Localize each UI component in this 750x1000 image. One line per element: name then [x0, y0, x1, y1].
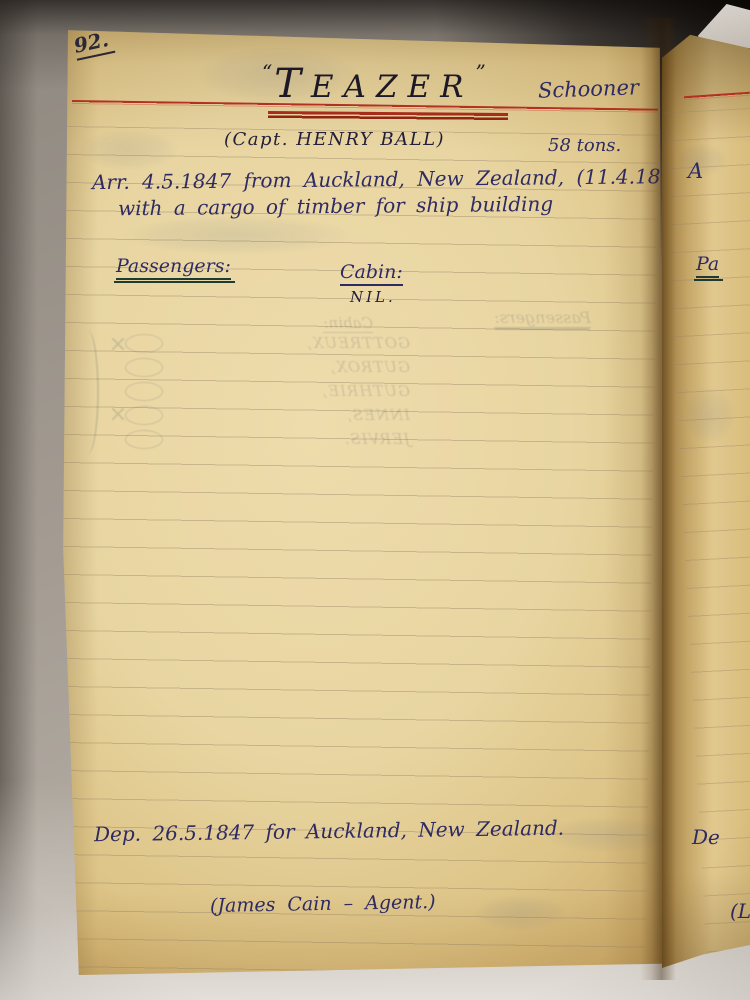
ship-title-red-underline [268, 111, 508, 121]
bleed-name: GOTTREUX, [310, 334, 410, 352]
bleed-x-mark [112, 338, 124, 350]
red-header-rule [684, 92, 750, 101]
bleed-circled-mark [125, 358, 163, 377]
ledger-right-page: A Pa De (L [662, 10, 750, 968]
right-page-agent-partial: (L [730, 900, 750, 922]
right-page-departure-partial: De [692, 826, 720, 848]
tonnage: 58 tons. [548, 136, 621, 156]
right-page-arrival-partial: A [688, 160, 703, 183]
bleed-name: JERVIS. [310, 430, 410, 448]
bleed-name: INNES, [310, 406, 410, 424]
close-quote: ” [475, 60, 485, 84]
agent-line: (James Cain – Agent.) [210, 892, 436, 917]
bleed-name: GUTROX, [310, 358, 410, 376]
bleed-x-mark [112, 408, 124, 420]
bleed-circled-mark [125, 406, 163, 425]
bleed-through-block: Passengers: Cabin: GOTTREUX, GUTROX, GUT… [72, 308, 632, 478]
vessel-type: Schooner [538, 76, 640, 103]
bleed-circled-mark [125, 334, 163, 353]
bleed-cabin-heading: Cabin: [323, 314, 373, 333]
ledger-left-page: 92. “TEAZER” Schooner (Capt. HENRY BALL)… [62, 26, 664, 976]
right-page-passengers-partial: Pa [696, 254, 719, 275]
bleed-name: GUTHRIE, [310, 382, 410, 400]
bleed-brace-mark [83, 330, 99, 454]
ship-name: TEAZER [272, 61, 475, 107]
bleed-passengers-heading: Passengers: [494, 308, 591, 328]
cabin-heading-text: Cabin: [340, 261, 403, 286]
ship-title: “TEAZER” [262, 60, 486, 107]
cabin-heading: Cabin: [340, 262, 403, 283]
right-page-passengers-text: Pa [696, 253, 719, 278]
cabin-value: NIL. [350, 289, 396, 306]
bleed-circled-mark [125, 430, 163, 449]
open-quote: “ [262, 60, 272, 84]
bleed-circled-mark [125, 382, 163, 401]
passengers-heading: Passengers: [116, 256, 231, 277]
page-number: 92. [72, 26, 116, 60]
passengers-heading-text: Passengers: [116, 255, 231, 280]
captain-line: (Capt. HENRY BALL) [224, 130, 445, 150]
arrival-line-2: with a cargo of timber for ship building [118, 193, 553, 220]
